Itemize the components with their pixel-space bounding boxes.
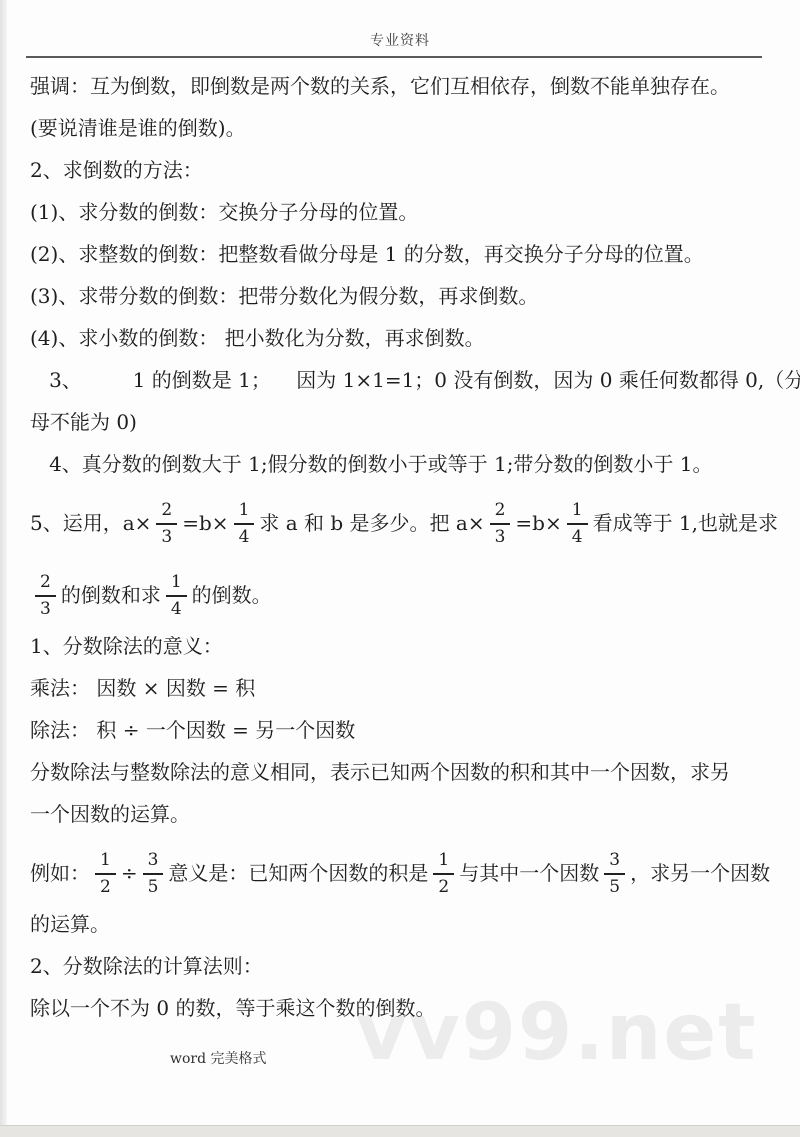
text-run: 3、 1 的倒数是 1； 因为 1×1=1；0 没有倒数，因为 0 乘任何数都得… — [30, 368, 800, 392]
fraction-numerator: 1 — [433, 851, 454, 875]
page-left-edge — [0, 0, 7, 1137]
text-run: =b× — [182, 512, 228, 534]
text-line: 的运算。 — [30, 913, 775, 935]
text-run: 2、分数除法的计算法则： — [30, 954, 263, 978]
text-line: 4、真分数的倒数大于 1;假分数的倒数小于或等于 1;带分数的倒数小于 1。 — [30, 453, 775, 475]
text-line: (要说清谁是谁的倒数)。 — [30, 117, 775, 139]
text-line: 分数除法与整数除法的意义相同，表示已知两个因数的积和其中一个因数，求另 — [30, 761, 775, 783]
text-run: 5、运用，a× — [30, 512, 151, 534]
text-run: 强调：互为倒数，即倒数是两个数的关系，它们互相依存，倒数不能单独存在。 — [30, 74, 730, 98]
text-run: 的倒数和求 — [61, 584, 161, 606]
text-run: ，求另一个因数 — [630, 862, 770, 884]
text-run: 的倒数。 — [192, 584, 272, 606]
fraction-denominator: 3 — [40, 597, 51, 618]
fraction-denominator: 2 — [438, 875, 449, 896]
document-body: 强调：互为倒数，即倒数是两个数的关系，它们互相依存，倒数不能单独存在。(要说清谁… — [30, 58, 775, 1039]
text-line: (1)、求分数的倒数：交换分子分母的位置。 — [30, 201, 775, 223]
fraction-numerator: 1 — [166, 573, 187, 597]
text-line: (2)、求整数的倒数：把整数看做分母是 1 的分数，再交换分子分母的位置。 — [30, 243, 775, 265]
text-run: ÷ — [121, 862, 138, 884]
formula-line: 5、运用，a×23=b×14求 a 和 b 是多少。把 a×23=b×14看成等… — [30, 495, 775, 551]
fraction: 23 — [156, 501, 177, 546]
text-line: (3)、求带分数的倒数：把带分数化为假分数，再求倒数。 — [30, 285, 775, 307]
fraction: 14 — [567, 501, 588, 546]
text-line: 乘法： 因数 × 因数 = 积 — [30, 677, 775, 699]
text-line: 3、 1 的倒数是 1； 因为 1×1=1；0 没有倒数，因为 0 乘任何数都得… — [30, 369, 775, 391]
text-run: 的运算。 — [30, 912, 110, 936]
fraction-numerator: 2 — [156, 501, 177, 525]
document-page: 专业资料 vv99.net 强调：互为倒数，即倒数是两个数的关系，它们互相依存，… — [0, 0, 800, 1137]
fraction-denominator: 4 — [171, 597, 182, 618]
text-run: 1、分数除法的意义： — [30, 634, 223, 658]
text-run: =b× — [515, 512, 561, 534]
text-run: (3)、求带分数的倒数：把带分数化为假分数，再求倒数。 — [30, 284, 538, 308]
page-footer: word 完美格式 — [170, 1048, 267, 1068]
text-run: (2)、求整数的倒数：把整数看做分母是 1 的分数，再交换分子分母的位置。 — [30, 242, 704, 266]
fraction-denominator: 2 — [100, 875, 111, 896]
fraction: 23 — [35, 573, 56, 618]
text-line: 一个因数的运算。 — [30, 803, 775, 825]
text-line: 1、分数除法的意义： — [30, 635, 775, 657]
fraction-numerator: 2 — [35, 573, 56, 597]
fraction-numerator: 3 — [143, 851, 164, 875]
fraction-numerator: 1 — [234, 501, 255, 525]
fraction-denominator: 3 — [161, 525, 172, 546]
fraction: 23 — [490, 501, 511, 546]
text-run: 看成等于 1,也就是求 — [593, 512, 778, 534]
fraction: 35 — [604, 851, 625, 896]
text-line: 2、求倒数的方法： — [30, 159, 775, 181]
fraction: 12 — [95, 851, 116, 896]
text-run: 与其中一个因数 — [459, 862, 599, 884]
text-run: 母不能为 0) — [30, 410, 137, 434]
header-title: 专业资料 — [370, 33, 430, 49]
fraction-numerator: 1 — [567, 501, 588, 525]
fraction-numerator: 2 — [490, 501, 511, 525]
text-line: 除法： 积 ÷ 一个因数 = 另一个因数 — [30, 719, 775, 741]
text-run: 除法： 积 ÷ 一个因数 = 另一个因数 — [30, 718, 355, 742]
text-line: (4)、求小数的倒数： 把小数化为分数，再求倒数。 — [30, 327, 775, 349]
fraction-denominator: 5 — [609, 875, 620, 896]
text-line: 除以一个不为 0 的数，等于乘这个数的倒数。 — [30, 997, 775, 1019]
fraction-denominator: 5 — [148, 875, 159, 896]
text-run: 求 a 和 b 是多少。把 a× — [259, 512, 484, 534]
formula-line: 例如：12÷35意义是：已知两个因数的积是12与其中一个因数35，求另一个因数 — [30, 845, 775, 901]
page-header: 专业资料 — [0, 30, 800, 50]
text-run: 乘法： 因数 × 因数 = 积 — [30, 676, 255, 700]
fraction-numerator: 1 — [95, 851, 116, 875]
fraction: 12 — [433, 851, 454, 896]
fraction-denominator: 4 — [572, 525, 583, 546]
text-run: 除以一个不为 0 的数，等于乘这个数的倒数。 — [30, 996, 435, 1020]
formula-line: 23的倒数和求14的倒数。 — [30, 567, 775, 623]
text-run: 例如： — [30, 862, 90, 884]
fraction: 14 — [234, 501, 255, 546]
text-line: 强调：互为倒数，即倒数是两个数的关系，它们互相依存，倒数不能单独存在。 — [30, 75, 775, 97]
text-run: 4、真分数的倒数大于 1;假分数的倒数小于或等于 1;带分数的倒数小于 1。 — [30, 452, 713, 476]
text-run: 一个因数的运算。 — [30, 802, 190, 826]
text-line: 2、分数除法的计算法则： — [30, 955, 775, 977]
text-run: 2、求倒数的方法： — [30, 158, 203, 182]
text-run: 分数除法与整数除法的意义相同，表示已知两个因数的积和其中一个因数，求另 — [30, 760, 730, 784]
text-run: (1)、求分数的倒数：交换分子分母的位置。 — [30, 200, 418, 224]
text-run: (4)、求小数的倒数： 把小数化为分数，再求倒数。 — [30, 326, 485, 350]
page-bottom-edge — [0, 1125, 800, 1137]
fraction-numerator: 3 — [604, 851, 625, 875]
text-run: 意义是：已知两个因数的积是 — [168, 862, 428, 884]
text-line: 母不能为 0) — [30, 411, 775, 433]
fraction-denominator: 3 — [495, 525, 506, 546]
fraction: 35 — [143, 851, 164, 896]
fraction-denominator: 4 — [239, 525, 250, 546]
text-run: (要说清谁是谁的倒数)。 — [30, 116, 246, 140]
fraction: 14 — [166, 573, 187, 618]
